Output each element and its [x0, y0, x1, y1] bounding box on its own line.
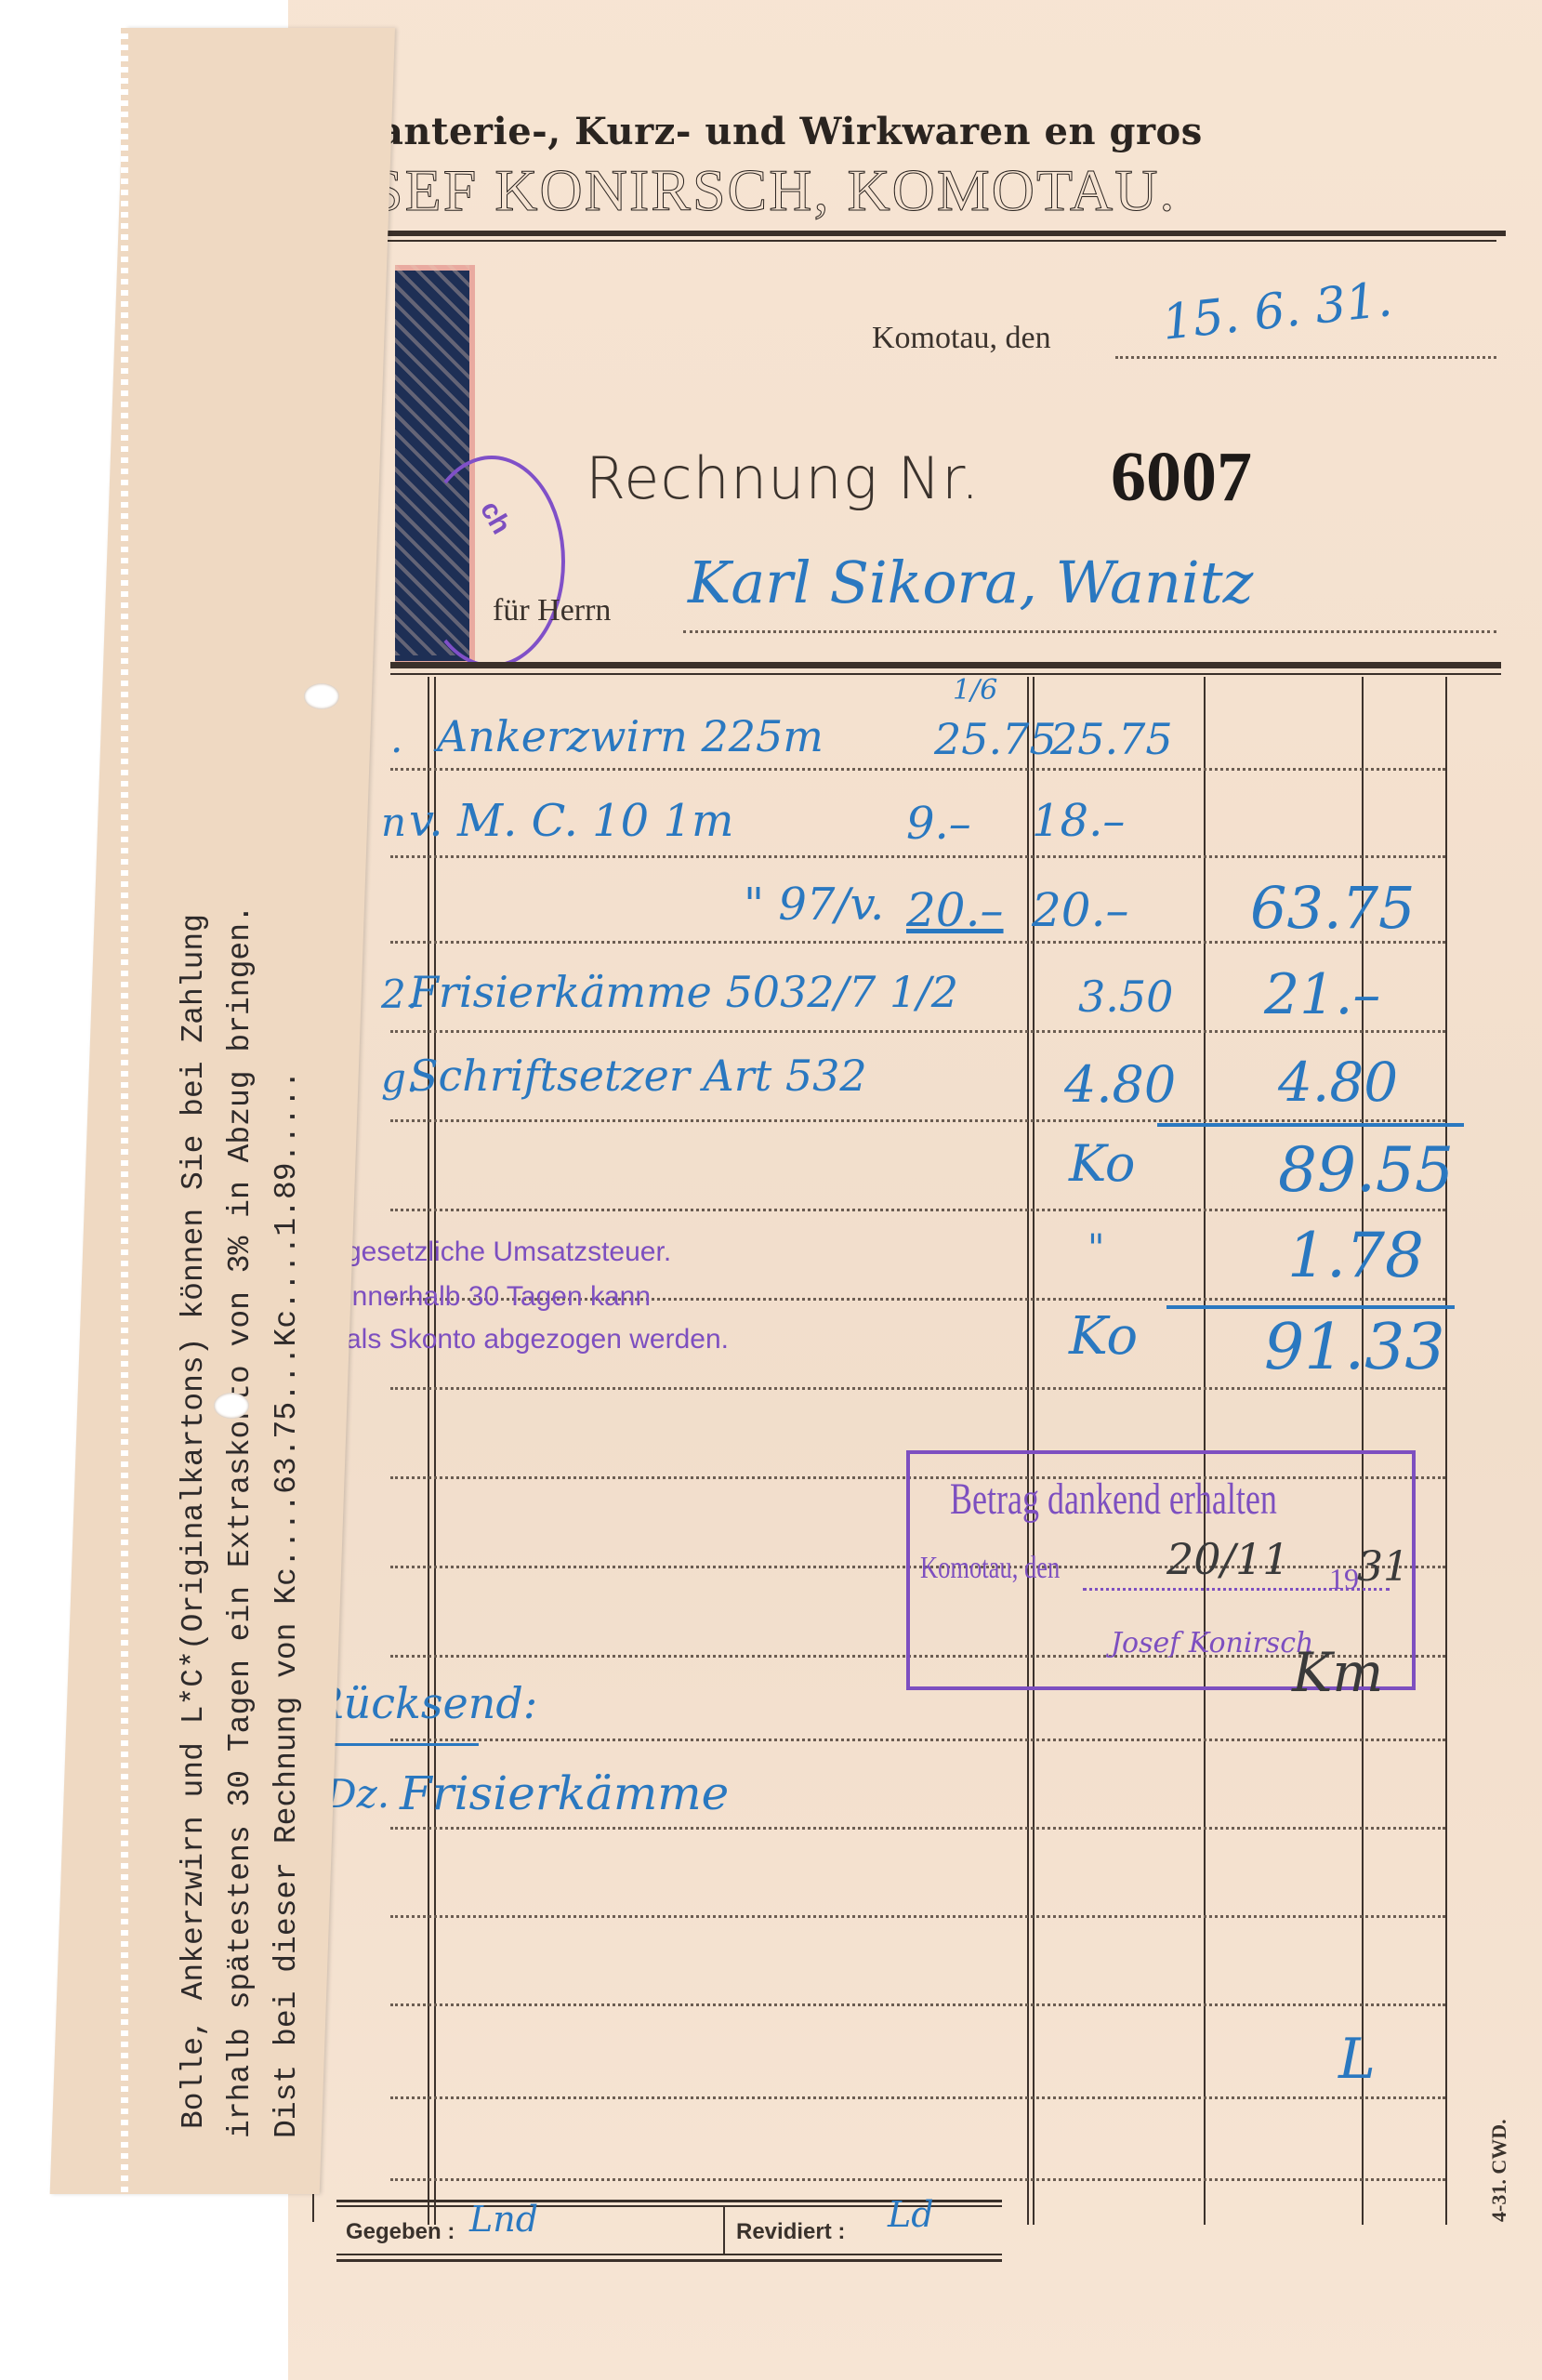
footer-box-bottom [336, 2254, 1002, 2255]
row-line [390, 2096, 1445, 2099]
slip-line-3: Dist bei dieser Rechnung von Kc....63.75… [270, 1070, 304, 2138]
tax-value: 1.78 [1287, 1220, 1424, 1291]
item-total: 4.80 [1278, 1051, 1398, 1114]
payment-year-suffix: 31 [1357, 1543, 1409, 1591]
revised-value: Ld [888, 2194, 934, 2235]
row-line [390, 855, 1445, 858]
header-rule-thin [381, 240, 1496, 242]
given-label: Gegeben : [346, 2219, 455, 2245]
row-line [390, 768, 1445, 771]
item-description: " 97/v. [744, 879, 884, 931]
letterhead-tagline: anterie-, Kurz- und Wirkwaren en gros [379, 110, 1203, 153]
invoice-number: 6007 [1111, 437, 1252, 518]
header-rule [381, 231, 1506, 236]
recipient-label: für Herrn [493, 593, 611, 628]
date-dotted-line [1115, 356, 1496, 359]
row-line [390, 1915, 1445, 1918]
revised-label: Revidiert : [736, 2219, 845, 2245]
item-description: v. M. C. 10 1m [409, 795, 734, 847]
row-line [390, 2178, 1445, 2181]
returns-item: Frisierkämme [400, 1766, 729, 1820]
row-line [390, 1739, 1445, 1741]
cancellation-stamp [418, 456, 565, 668]
recipient-dotted-line [683, 630, 1496, 633]
column-line-2b [434, 677, 436, 2225]
item-description: Frisierkämme 5032/7 1/2 [409, 967, 958, 1017]
slip-perforated-edge [121, 28, 128, 2194]
returns-underline [311, 1743, 479, 1746]
payment-initials: Km [1292, 1641, 1383, 1704]
item-amount: 18.– [1032, 795, 1125, 847]
item-total: 21.– [1264, 962, 1380, 1027]
row-line [390, 1387, 1445, 1390]
footer-box-divider [723, 2205, 725, 2254]
table-top-rule [390, 662, 1501, 668]
tax-stamp-line2: innerhalb 30 Tagen kann [346, 1281, 651, 1313]
tax-stamp-line1: gesetzliche Umsatzsteuer. [346, 1236, 671, 1268]
date-label: Komotau, den [872, 321, 1051, 356]
total-underline [1166, 1305, 1455, 1309]
tax-stamp-line3: als Skonto abgezogen werden. [346, 1324, 729, 1355]
payment-signature: Josef Konirsch [1111, 1627, 1313, 1659]
item-unit-price: 25.75 [934, 714, 1057, 764]
item-amount: 20.– [1032, 883, 1129, 937]
table-top-rule-thin [390, 673, 1501, 675]
column-line-6 [1445, 677, 1447, 2225]
item-unit-price: 3.50 [1078, 972, 1173, 1022]
item-description: Ankerzwirn 225m [437, 711, 824, 761]
letterhead-company: SEF KONIRSCH, KOMOTAU. [370, 156, 1176, 225]
item-prefix: . [390, 716, 402, 761]
payment-stamp-title: Betrag dankend erhalten [950, 1474, 1277, 1525]
invoice-title: Rechnung Nr. [586, 444, 981, 512]
item-prefix: n [381, 800, 406, 845]
slip-line-2: irhalb spätestens 30 Tagen ein Extraskon… [223, 905, 257, 2138]
row-line [390, 1030, 1445, 1033]
item-total: 63.75 [1250, 874, 1416, 942]
returns-item-prefix: Dz. [325, 1771, 389, 1817]
subtotal-marker: Ko [1069, 1134, 1135, 1193]
row-line [390, 1827, 1445, 1830]
item-note: 1/6 [953, 674, 997, 707]
item-unit-price: 20.– [906, 883, 1004, 937]
row-line [390, 1209, 1445, 1211]
slip-line-1: Bolle, Ankerzwirn und L*C*(Originalkarto… [177, 914, 211, 2129]
payment-year-prefix: 19 [1329, 1562, 1359, 1596]
tax-marker: " [1087, 1227, 1104, 1270]
check-mark: L [1338, 2027, 1376, 2092]
payment-date-value: 20/11 [1166, 1534, 1290, 1584]
subtotal-underline [1157, 1123, 1464, 1127]
column-line-2 [428, 677, 429, 2225]
print-code: 4-31. CWD. [1487, 2119, 1511, 2222]
footer-box-bottom2 [336, 2259, 1002, 2262]
punch-hole [214, 1393, 249, 1419]
grand-total-value: 91.33 [1264, 1311, 1445, 1384]
row-line [390, 1119, 1445, 1122]
item-description: Schriftsetzer Art 532 [409, 1051, 867, 1101]
item-unit-price: 9.– [906, 798, 971, 850]
punch-hole [304, 683, 339, 709]
recipient-name: Karl Sikora, Wanitz [688, 549, 1253, 616]
subtotal-value: 89.55 [1278, 1134, 1454, 1206]
row-line [390, 2003, 1445, 2006]
grand-total-marker: Ko [1069, 1306, 1138, 1367]
payment-stamp-date-label: Komotau, den [920, 1551, 1060, 1586]
item-unit-price: 4.80 [1064, 1055, 1176, 1114]
given-value: Lnd [469, 2199, 538, 2240]
item-amount: 25.75 [1050, 714, 1173, 764]
returns-heading: Rücksend: [311, 1678, 537, 1728]
